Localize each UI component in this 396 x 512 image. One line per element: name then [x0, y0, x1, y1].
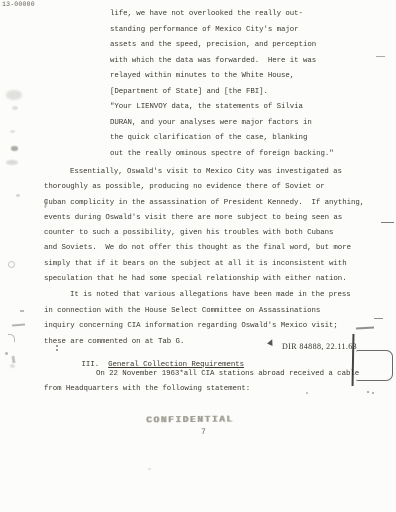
- body-line: in connection with the House Select Comm…: [44, 304, 351, 320]
- margin-annotation-dir-cable: DIR 84888, 22.11.63: [282, 342, 357, 351]
- body-line: speculation that he had some special rel…: [44, 272, 364, 287]
- quote-line: DURAN, and your analyses were major fact…: [110, 116, 334, 132]
- block-quote: life, we have not overlooked the really …: [110, 7, 334, 162]
- scan-artifact: [148, 468, 151, 470]
- body-line: and Soviets. We do not offer this though…: [44, 241, 364, 256]
- pen-dash: [376, 56, 385, 57]
- pen-dash: [374, 318, 383, 319]
- scan-artifact: [10, 130, 15, 133]
- scan-artifact: [20, 310, 24, 312]
- page-number: 7: [201, 428, 206, 437]
- body-line: On 22 November 1963*all CIA stations abr…: [44, 367, 359, 382]
- scan-artifact: [12, 106, 18, 110]
- quote-line: standing performance of Mexico City's ma…: [110, 23, 334, 39]
- body-line: counter to such a possibility, given his…: [44, 226, 364, 241]
- body-line: thoroughly as possible, producing no evi…: [44, 180, 364, 195]
- quote-line: out the really ominous spectre of foreig…: [110, 147, 334, 163]
- body-line: inquiry concerning CIA information regar…: [44, 319, 351, 335]
- quote-line: relayed within minutes to the White Hous…: [110, 69, 334, 85]
- quote-line: assets and the speed, precision, and per…: [110, 38, 334, 54]
- scan-artifact: [16, 194, 20, 197]
- scan-artifact: [6, 160, 18, 165]
- scan-artifact: [6, 90, 22, 100]
- ink-dot: [372, 392, 374, 394]
- quote-line: [Department of State] and [the FBI].: [110, 85, 334, 101]
- body-line: simply that if it bears on the subject a…: [44, 257, 364, 272]
- scanned-document-page: 13-00000 life, we have not overlooked th…: [0, 0, 396, 512]
- quote-line: the quick clarification of the case, bla…: [110, 131, 334, 147]
- ink-dot: [367, 391, 369, 393]
- paragraph-collection-requirements: On 22 November 1963*all CIA stations abr…: [44, 367, 359, 396]
- scan-artifact: [12, 324, 25, 327]
- quote-line: life, we have not overlooked the really …: [110, 7, 334, 23]
- pen-dash: [381, 222, 394, 223]
- body-line: Cuban complicity in the assassination of…: [44, 196, 364, 211]
- ink-dot: [306, 392, 308, 394]
- quote-line: "Your LIENVOY data, the statements of Si…: [110, 100, 334, 116]
- confidential-stamp: CONFIDENTIAL: [146, 414, 234, 426]
- body-line: from Headquarters with the following sta…: [44, 382, 359, 397]
- scan-artifact: [8, 261, 15, 268]
- scan-artifact: [10, 364, 15, 368]
- scan-artifact: [11, 356, 15, 363]
- scan-artifact: [56, 345, 58, 347]
- body-line: Essentially, Oswald's visit to Mexico Ci…: [44, 165, 364, 180]
- body-line: events during Oswald's visit there are m…: [44, 211, 364, 226]
- pen-box-scribble: [356, 350, 393, 381]
- pen-dash: [356, 327, 374, 329]
- scan-artifact: [5, 352, 8, 355]
- quote-line: with which the data was forwarded. Here …: [110, 54, 334, 70]
- document-id: 13-00000: [2, 1, 35, 8]
- paragraph-oswald-visit: Essentially, Oswald's visit to Mexico Ci…: [44, 165, 364, 287]
- scan-artifact: [8, 334, 15, 342]
- scan-artifact: [11, 146, 18, 151]
- body-line: It is noted that various allegations hav…: [44, 288, 351, 304]
